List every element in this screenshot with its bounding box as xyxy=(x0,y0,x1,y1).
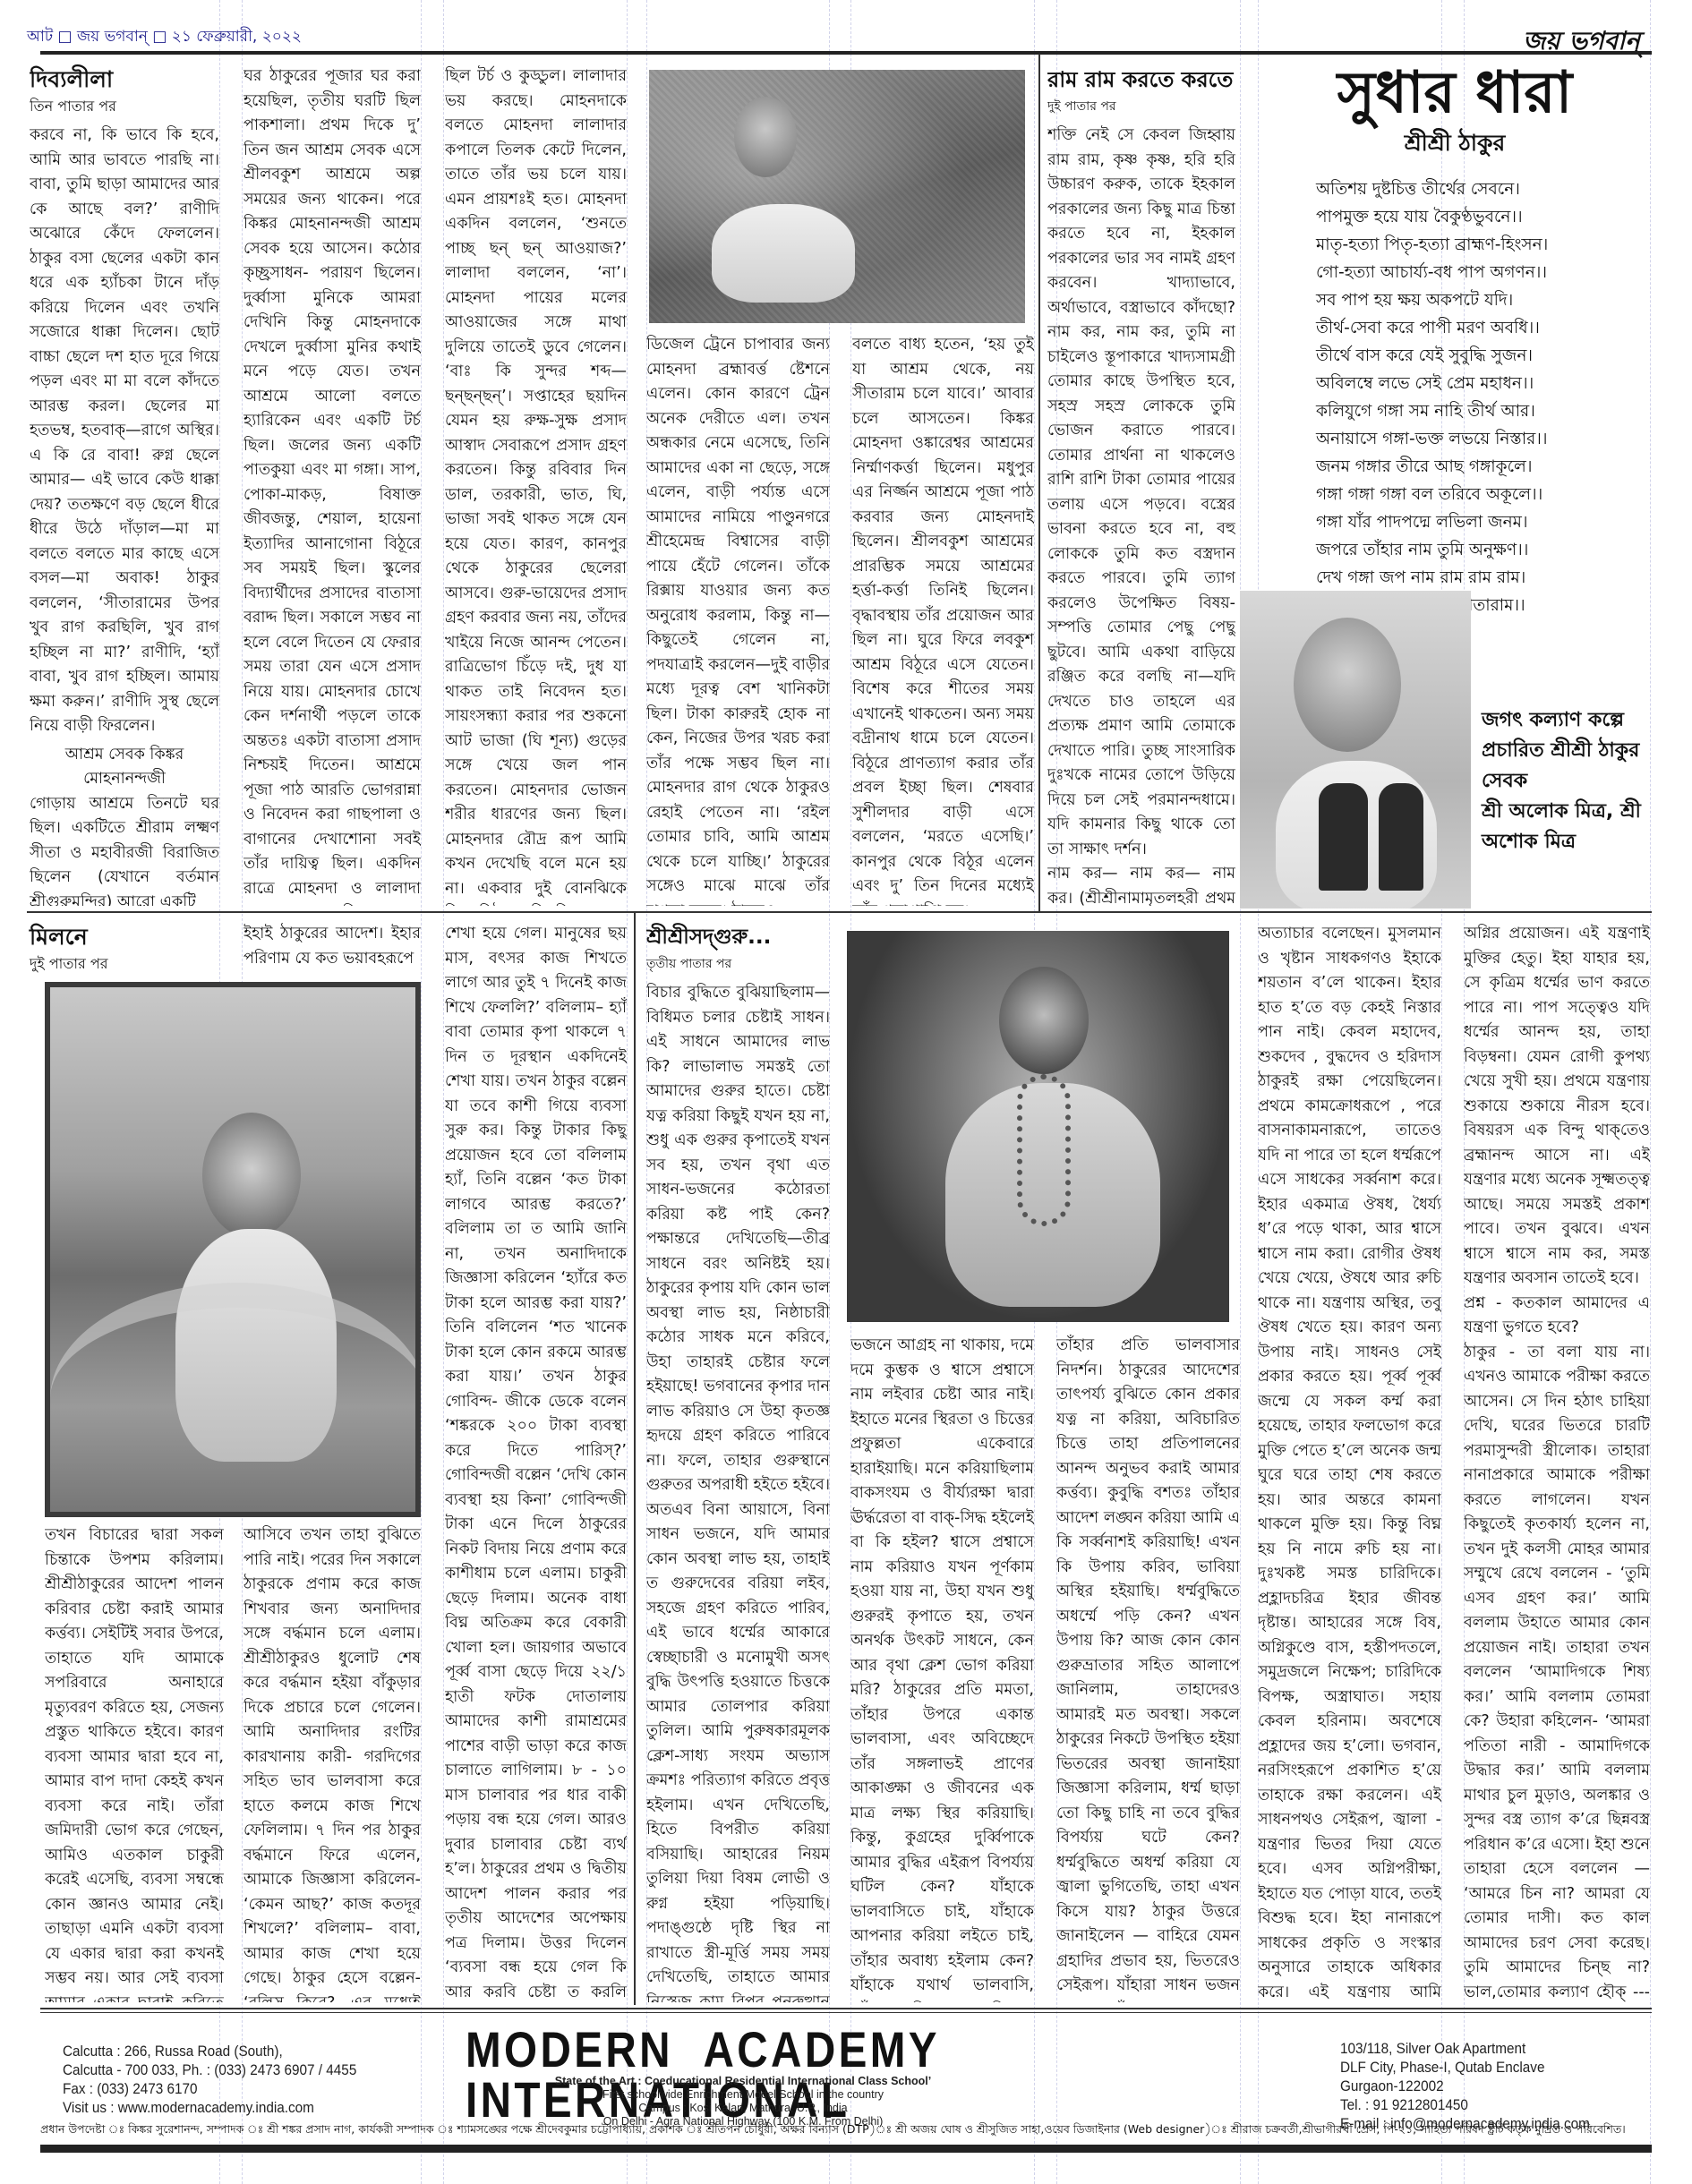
address-line: Calcutta - 700 033, Ph. : (033) 2473 690… xyxy=(63,2060,401,2079)
footer-bar xyxy=(40,2145,1652,2153)
column-guide xyxy=(1650,0,1651,2184)
address-calcutta: Calcutta : 266, Russa Road (South), Calc… xyxy=(63,2042,401,2117)
poem-line: গঙ্গা যাঁর পাদপদ্মে লভিলা জনম। xyxy=(1316,508,1647,536)
poem-line: জনম গঙ্গার তীরে আছ গঙ্গাকূলে। xyxy=(1316,453,1647,481)
article-divyalila-col5: বলতে বাধ্য হতেন, ‘হয় তুই যা আশ্রম থেকে,… xyxy=(852,333,1034,906)
article-divyalila-col3: ছিল টর্চ ও কুড্ডুল। লালাদার ভয় করছে। মো… xyxy=(445,64,627,906)
tagline-line: Campus : Kosi Kalan, Mathura, U.P., Indi… xyxy=(501,2102,985,2115)
continued-label: দুই পাতার পর xyxy=(1047,95,1235,118)
article-milane-col1: তখন বিচারের দ্বারা সকল চিন্তাকে উপশম করি… xyxy=(45,1523,224,2002)
article-milane-col2-top: ইহাই ঠাকুরের আদেশ। ইহার পরিণাম যে কত ভয়… xyxy=(244,922,421,972)
poem-author: শ্রীশ্রী ঠাকুর xyxy=(1262,127,1647,159)
footer-rule xyxy=(40,2008,1652,2009)
column-rule xyxy=(634,911,636,2005)
poem-verses: অতিশয় দুষ্টচিত্ত তীর্থের সেবনে। পাপমুক্… xyxy=(1262,175,1647,619)
photo-caption: জগৎ কল্যাণ কল্পে প্রচারিত শ্রীশ্রী ঠাকুর… xyxy=(1482,705,1652,857)
imprint-line: প্রধান উপদেষ্টা ঃ কিঙ্কর সুরেশানন্দ, সম্… xyxy=(40,2122,1652,2140)
article-body: গোড়ায় আশ্রমে তিনটে ঘর ছিল। একটিতে শ্রী… xyxy=(30,792,219,907)
poem-line: তীর্থে বাস করে যেই সুবুদ্ধি সুজন। xyxy=(1316,342,1647,370)
photo-sadhu-with-beads xyxy=(847,931,1229,1322)
article-body: ঘর ঠাকুরের পূজার ঘর করা হয়েছিল, তৃতীয় … xyxy=(244,64,421,906)
article-body: ডিজেল ট্রেনে চাপাবার জন্য মোহনদা ব্রহ্মা… xyxy=(646,333,830,906)
article-sadguru-col5: অগ্নির প্রয়োজন। এই যন্ত্রণাই মুক্তির হে… xyxy=(1464,922,1650,2002)
page-folio: আট □ জয় ভগবান্ □ ২১ ফেব্রুয়ারী, ২০২২ xyxy=(27,25,302,50)
address-gurgaon: 103/118, Silver Oak Apartment DLF City, … xyxy=(1340,2039,1646,2133)
header-rule xyxy=(40,51,1652,55)
article-body: ছিল টর্চ ও কুড্ডুল। লালাদার ভয় করছে। মো… xyxy=(445,64,627,906)
article-sadguru-col2: ভজনে আগ্রহ না থাকায়, দমে দমে কুম্ভক ও শ… xyxy=(850,1334,1034,2002)
article-body: শক্তি নেই সে কেবল জিহ্বায় রাম রাম, কৃষ্… xyxy=(1047,124,1235,862)
address-line: DLF City, Phase-I, Qutab Enclave xyxy=(1340,2058,1646,2077)
article-body: অগ্নির প্রয়োজন। এই যন্ত্রণাই মুক্তির হে… xyxy=(1464,922,1650,1292)
article-divyalila-col2: ঘর ঠাকুরের পূজার ঘর করা হয়েছিল, তৃতীয় … xyxy=(244,64,421,906)
article-milane-col3: শেখা হয়ে গেল। মানুষের ছয় মাস, বৎসর কাজ… xyxy=(445,922,627,2002)
caption-line: সেবক xyxy=(1482,766,1652,797)
poem-title: সুধার ধারা xyxy=(1262,59,1647,127)
poem-line: অবিলম্বে লভে সেই প্রেম মহাধন।। xyxy=(1316,370,1647,397)
milane-heading: মিলনে দুই পাতার পর xyxy=(30,922,219,981)
photo-sadhu-seated xyxy=(649,70,1025,323)
address-line: Calcutta : 266, Russa Road (South), xyxy=(63,2042,401,2060)
signature-line: আশ্রম সেবক কিঙ্কর xyxy=(30,743,219,768)
headline-milane: মিলনে xyxy=(30,922,219,952)
poem-line: অতিশয় দুষ্টচিত্ত তীর্থের সেবনে। xyxy=(1316,175,1647,203)
address-line: 103/118, Silver Oak Apartment xyxy=(1340,2039,1646,2058)
tagline-line: State of the Art : Coeducational Residen… xyxy=(501,2075,985,2088)
website-link[interactable]: Visit us : www.modernacademy.india.com xyxy=(63,2098,401,2117)
caption-line: অশোক মিত্র xyxy=(1482,827,1652,857)
article-body: শেখা হয়ে গেল। মানুষের ছয় মাস, বৎসর কাজ… xyxy=(445,922,627,2002)
question-line: প্রশ্ন - কতকাল আমাদের এ যন্ত্রণা ভুগতে হ… xyxy=(1464,1292,1650,1341)
article-body: তখন বিচারের দ্বারা সকল চিন্তাকে উপশম করি… xyxy=(45,1523,224,2002)
article-divyalila-col1: দিব্যলীলা তিন পাতার পর করবে না, কি ভাবে … xyxy=(30,64,219,906)
column-guide xyxy=(1240,0,1241,2184)
article-body: বিচার বুদ্ধিতে বুঝিয়াছিলাম—বিধিমত চলার … xyxy=(646,981,830,2002)
article-body: আসিবে তখন তাহা বুঝিতে পারি নাই। পরের দিন… xyxy=(244,1523,421,2002)
continued-label: দুই পাতার পর xyxy=(30,952,219,976)
poem-sudhar-dhara: সুধার ধারা শ্রীশ্রী ঠাকুর অতিশয় দুষ্টচি… xyxy=(1262,59,1647,619)
phone-number: Tel. : 91 9212801450 xyxy=(1340,2095,1646,2114)
signature-line: মোহনানন্দজী xyxy=(30,767,219,792)
masthead-title: জয় ভগবান্ xyxy=(1523,21,1640,64)
address-line: Gurgaon-122002 xyxy=(1340,2077,1646,2095)
poem-line: গঙ্গা গঙ্গা গঙ্গা বল তরিবে অকূলে।। xyxy=(1316,481,1647,508)
article-body: করবে না, কি ভাবে কি হবে, আমি আর ভাবতে পা… xyxy=(30,124,219,739)
caption-line: জগৎ কল্যাণ কল্পে xyxy=(1482,705,1652,736)
column-guide xyxy=(443,0,444,2184)
photo-sadhu-in-boat xyxy=(45,982,421,1517)
answer-line: ঠাকুর - তা বলা যায় না। এখনও আমাকে পরীক্… xyxy=(1464,1341,1650,2003)
poem-line: তীর্থ-সেবা করে পাপী মরণ অবধি।। xyxy=(1316,314,1647,342)
article-body: নাম কর— নাম কর— নাম কর। (শ্রীশ্রীনামামৃত… xyxy=(1047,862,1235,906)
poem-line: জপরে তাঁহার নাম তুমি অনুক্ষণ।। xyxy=(1316,536,1647,564)
continued-label: তৃতীয় পাতার পর xyxy=(646,952,830,976)
column-guide xyxy=(421,0,422,2184)
article-sadguru-col3: তাঁহার প্রতি ভালবাসার নিদর্শন। ঠাকুরের আ… xyxy=(1056,1334,1240,2002)
headline-ramram: রাম রাম করতে করতে xyxy=(1047,64,1235,95)
photo-thakur-portrait xyxy=(1240,591,1471,909)
headline-sadguru: শ্রীশ্রীসদ্‌গুরু... xyxy=(646,922,830,952)
column-guide xyxy=(627,0,628,2184)
caption-line: শ্রী অলোক মিত্র, শ্রী xyxy=(1482,797,1652,827)
article-body: ভজনে আগ্রহ না থাকায়, দমে দমে কুম্ভক ও শ… xyxy=(850,1334,1034,2002)
article-body: ইহাই ঠাকুরের আদেশ। ইহার পরিণাম যে কত ভয়… xyxy=(244,922,421,971)
footer-rule xyxy=(40,2012,1652,2013)
poem-line: সব পাপ হয় ক্ষয় অকপটে যদি। xyxy=(1316,286,1647,314)
article-body: বলতে বাধ্য হতেন, ‘হয় তুই যা আশ্রম থেকে,… xyxy=(852,333,1034,906)
tagline-line: First schoolwide Enrichment Model School… xyxy=(501,2088,985,2102)
address-line: Fax : (033) 2473 6170 xyxy=(63,2079,401,2098)
poem-line: অনায়াসে গঙ্গা-ভক্ত লভয়ে নিস্তার।। xyxy=(1316,425,1647,453)
poem-line: মাতৃ-হত্যা পিতৃ-হত্যা ব্রাহ্মণ-হিংসন। xyxy=(1316,231,1647,259)
article-sadguru-col4: অত্যাচার বলেছেন। মুসলমান ও খৃষ্টান সাধকগ… xyxy=(1258,922,1441,2002)
poem-line: পাপমুক্ত হয়ে যায় বৈকুণ্ঠভুবনে।। xyxy=(1316,203,1647,231)
article-divyalila-col4: ডিজেল ট্রেনে চাপাবার জন্য মোহনদা ব্রহ্মা… xyxy=(646,333,830,906)
poem-line: গো-হত্যা আচার্য্য-বধ পাপ অগণন।। xyxy=(1316,259,1647,286)
school-tagline: State of the Art : Coeducational Residen… xyxy=(501,2075,985,2129)
caption-line: প্রচারিত শ্রীশ্রী ঠাকুর xyxy=(1482,736,1652,766)
article-milane-col2: আসিবে তখন তাহা বুঝিতে পারি নাই। পরের দিন… xyxy=(244,1523,421,2002)
section-divider xyxy=(27,911,1652,913)
continued-label: তিন পাতার পর xyxy=(30,95,219,118)
article-ramram: রাম রাম করতে করতে দুই পাতার পর শক্তি নেই… xyxy=(1047,64,1235,906)
column-rule xyxy=(1038,54,1040,911)
poem-line: দেখ গঙ্গা জপ নাম রাম রাম রাম। xyxy=(1316,564,1647,592)
article-body: তাঁহার প্রতি ভালবাসার নিদর্শন। ঠাকুরের আ… xyxy=(1056,1334,1240,2002)
article-sadguru-col1: শ্রীশ্রীসদ্‌গুরু... তৃতীয় পাতার পর বিচা… xyxy=(646,922,830,2002)
headline-divyalila: দিব্যলীলা xyxy=(30,64,219,95)
poem-line: কলিযুগে গঙ্গা সম নাহি তীর্থ আর। xyxy=(1316,397,1647,425)
article-body: অত্যাচার বলেছেন। মুসলমান ও খৃষ্টান সাধকগ… xyxy=(1258,922,1441,2002)
